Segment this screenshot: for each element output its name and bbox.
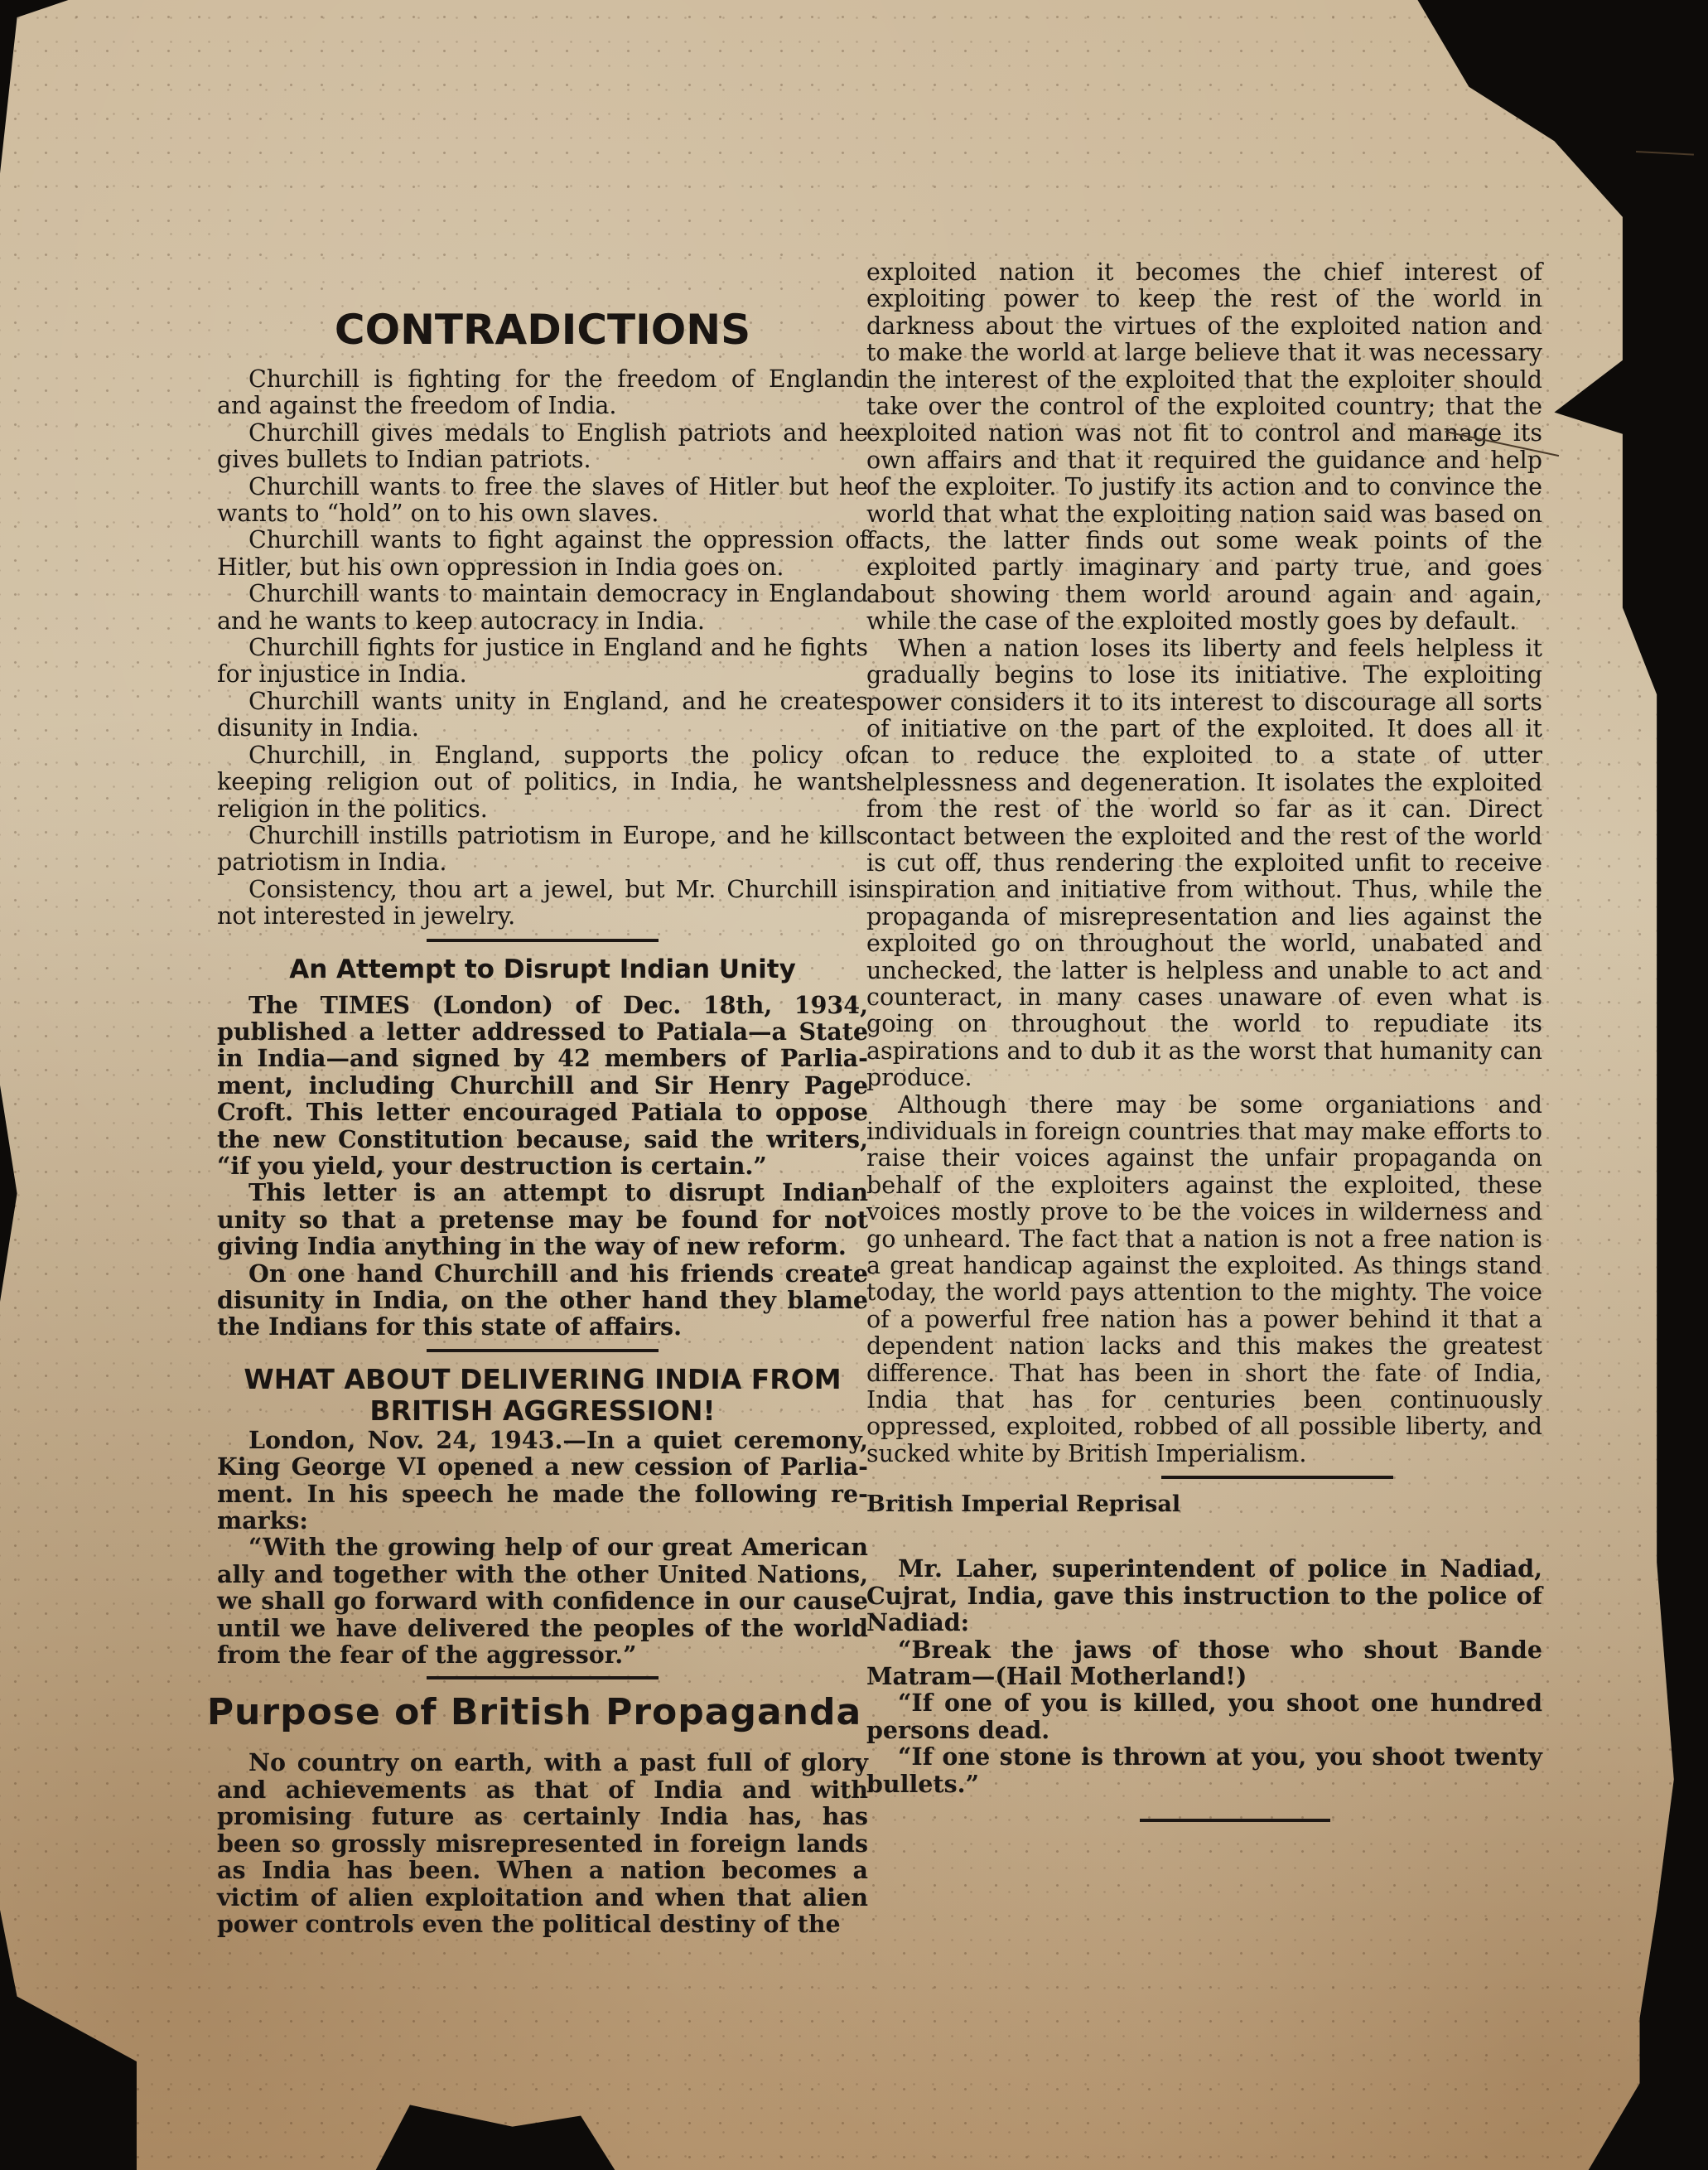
section-divider: [427, 1349, 659, 1352]
paragraph: London, Nov. 24, 1943.—In a quiet ceremo…: [217, 1427, 868, 1534]
paragraph: Churchill is fighting for the freedom of…: [217, 366, 868, 420]
paragraph: Churchill wants unity in England, and he…: [217, 689, 868, 742]
section-divider: [1140, 1819, 1330, 1822]
heading-disrupt-unity: An Attempt to Disrupt Indian Unity: [217, 954, 868, 985]
paragraph: Churchill fights for justice in England …: [217, 635, 868, 689]
paragraph: Although there may be some organiations …: [866, 1092, 1542, 1468]
paragraph: Mr. Laher, superintendent of police in N…: [866, 1555, 1542, 1636]
paragraph: This letter is an attempt to disrupt Ind…: [217, 1179, 868, 1259]
paragraph: Churchill wants to maintain democracy in…: [217, 581, 868, 635]
section-divider: [1161, 1476, 1393, 1479]
heading-british-aggression: WHAT ABOUT DELIVERING INDIA FROM BRITISH…: [217, 1364, 868, 1427]
paragraph: Churchill, in England, supports the poli…: [217, 742, 868, 823]
paragraph: Churchill gives medals to English patrio…: [217, 420, 868, 474]
paragraph: Churchill wants to free the slaves of Hi…: [217, 474, 868, 528]
paragraph: “Break the jaws of those who shout Bande…: [866, 1636, 1542, 1690]
paragraph: exploited nation it becomes the chief in…: [866, 259, 1542, 636]
paragraph: “If one of you is killed, you shoot one …: [866, 1689, 1542, 1743]
paragraph: When a nation loses its liberty and feel…: [866, 636, 1542, 1092]
heading-propaganda: Purpose of British Propaganda: [200, 1691, 868, 1734]
left-column: CONTRADICTIONS Churchill is fighting for…: [217, 307, 868, 1937]
right-column: exploited nation it becomes the chief in…: [866, 259, 1542, 1834]
heading-imperial-reprisal: British Imperial Reprisal: [866, 1491, 1542, 1519]
paragraph: Churchill instills patriotism in Europe,…: [217, 823, 868, 877]
section-divider: [427, 1676, 659, 1679]
section-divider: [427, 939, 659, 942]
heading-contradictions: CONTRADICTIONS: [217, 307, 868, 353]
paragraph: Consistency, thou art a jewel, but Mr. C…: [217, 877, 868, 930]
paragraph: Churchill wants to fight against the opp…: [217, 527, 868, 581]
paragraph: “If one stone is thrown at you, you shoo…: [866, 1743, 1542, 1797]
paragraph: On one hand Churchill and his friends cr…: [217, 1260, 868, 1341]
paper-tear: [1636, 151, 1694, 156]
paragraph: “With the growing help of our great Amer…: [217, 1534, 868, 1668]
paragraph: The TIMES (London) of Dec. 18th, 1934, p…: [217, 992, 868, 1180]
paragraph: No country on earth, with a past full of…: [217, 1749, 868, 1937]
